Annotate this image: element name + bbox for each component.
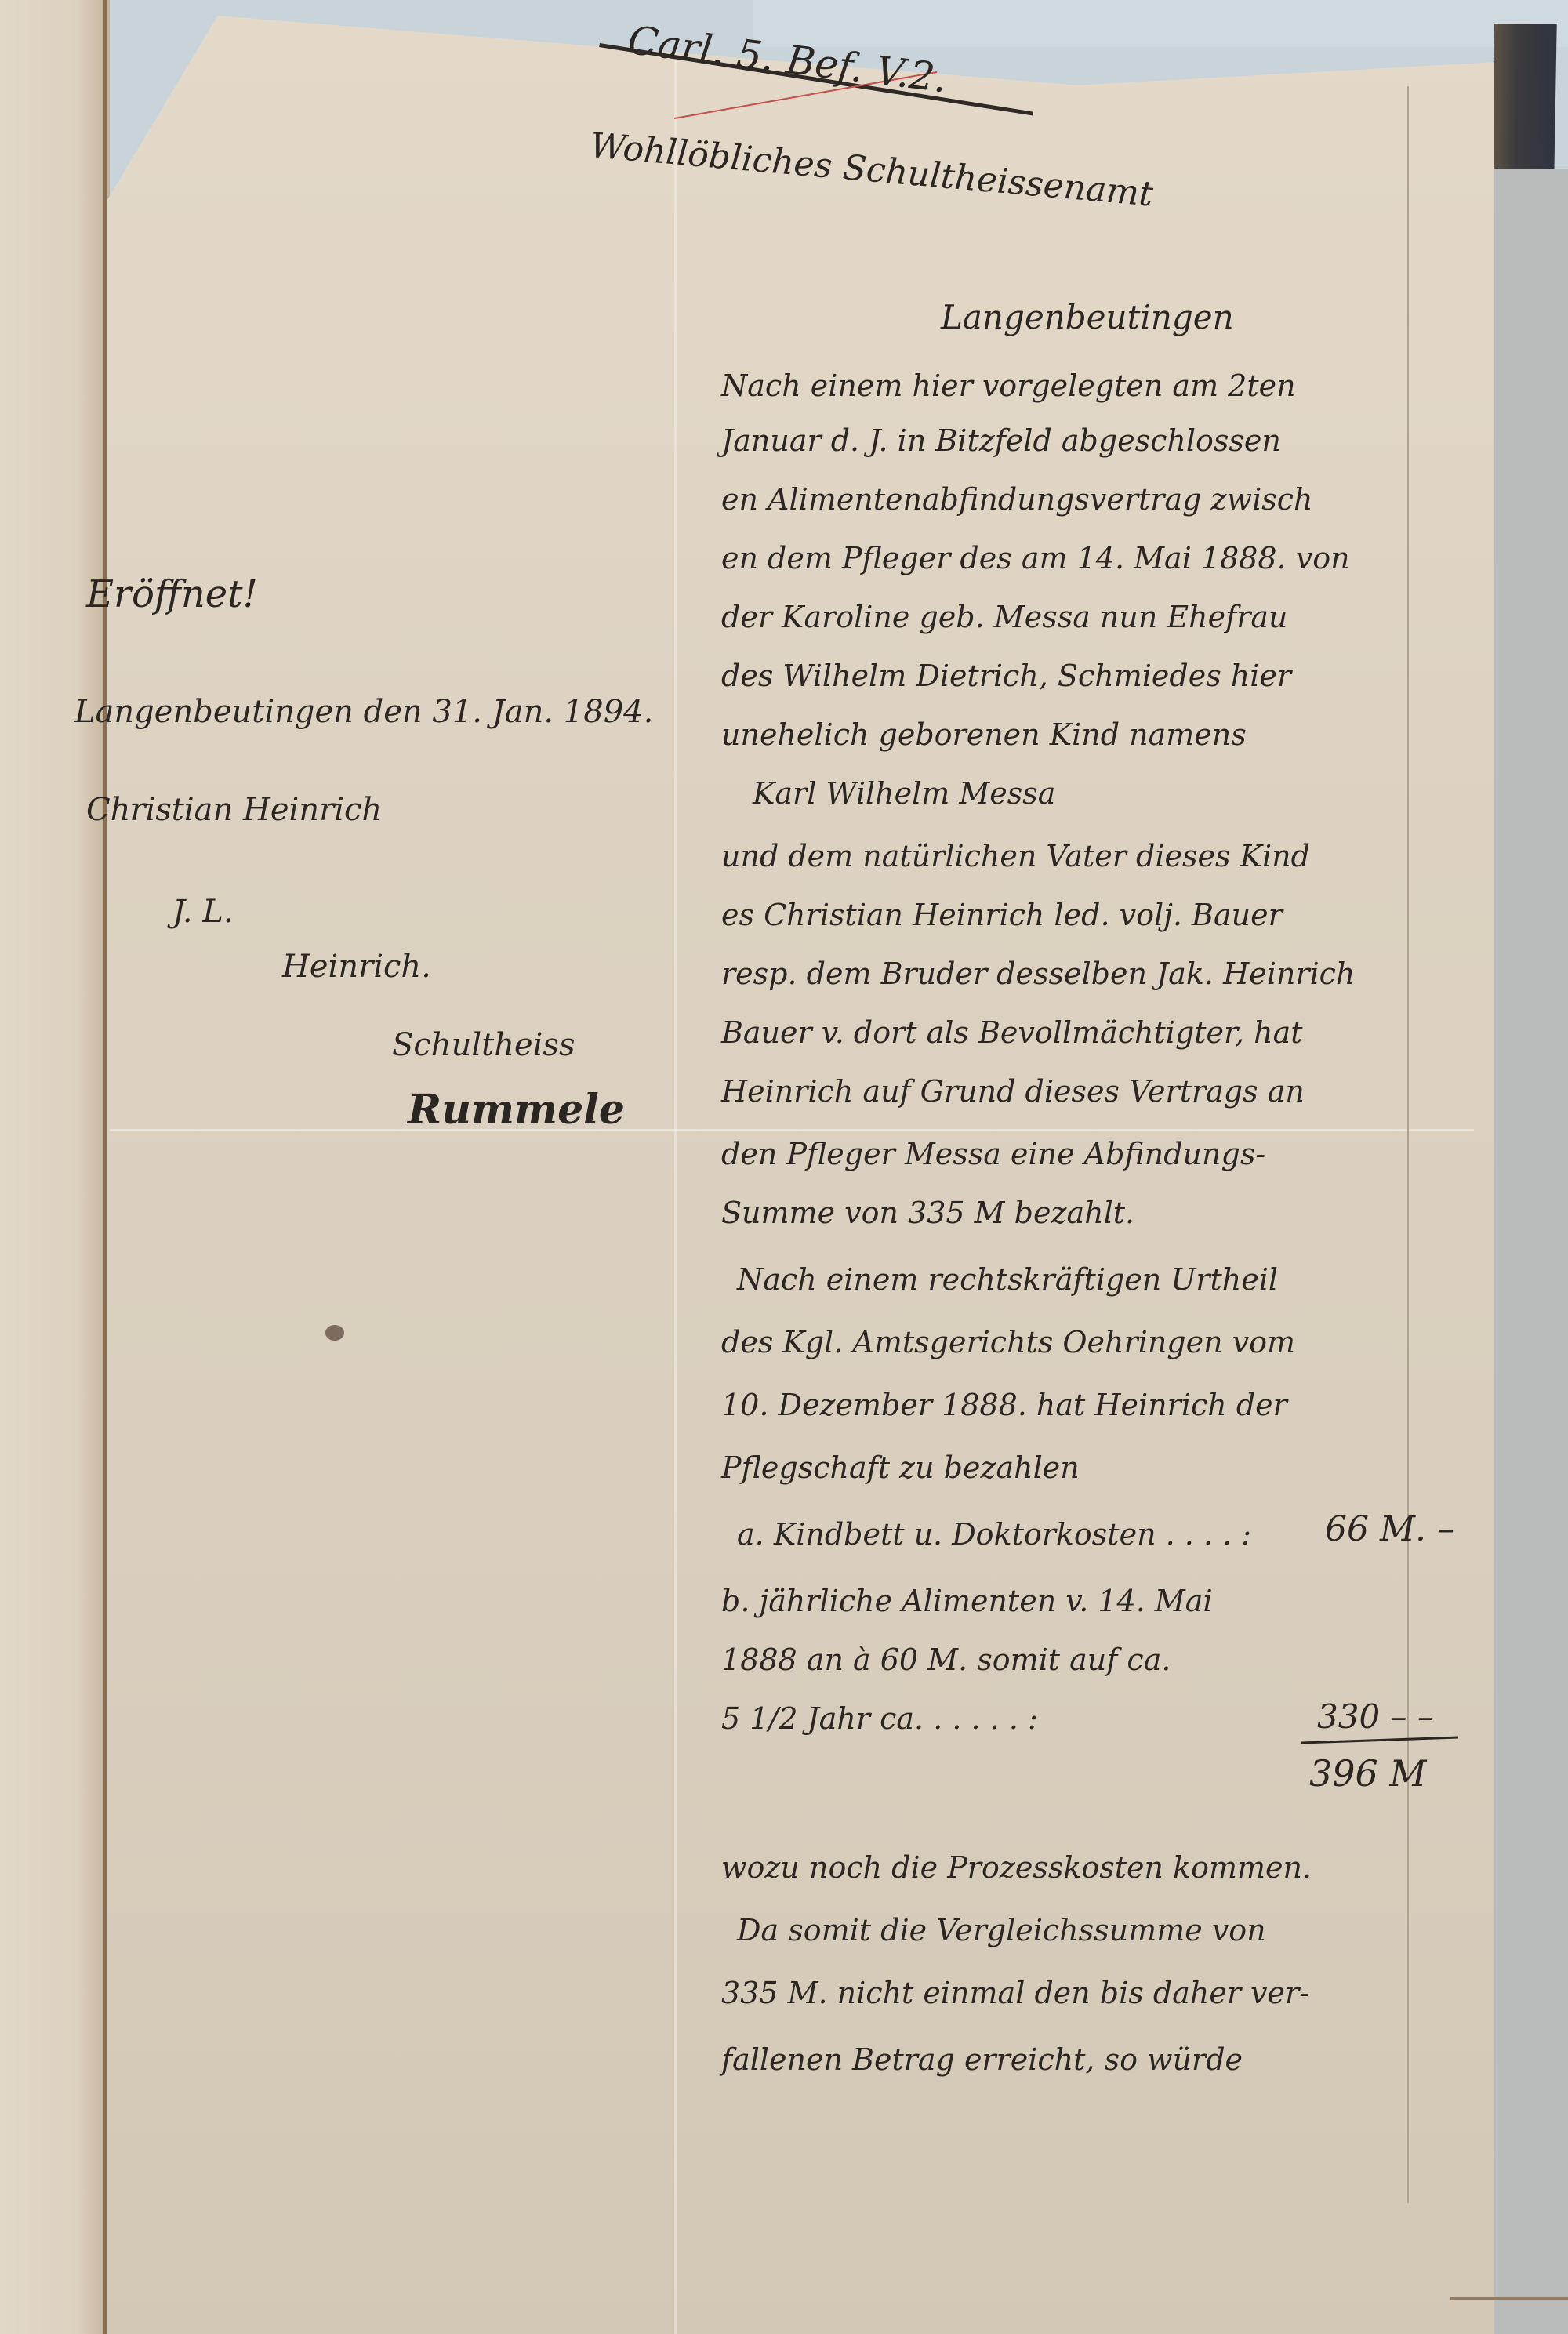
body-line: en dem Pfleger des am 14. Mai 1888. von bbox=[721, 541, 1350, 575]
sheet-edge bbox=[1407, 86, 1409, 2203]
body-line: Summe von 335 M bezahlt. bbox=[721, 1196, 1134, 1230]
body-line: den Pfleger Messa eine Abfindungs- bbox=[721, 1137, 1265, 1171]
body-line: unehelich geborenen Kind namens bbox=[721, 717, 1247, 752]
ink-stain bbox=[325, 1325, 344, 1341]
body-line: des Wilhelm Dietrich, Schmiedes hier bbox=[721, 659, 1291, 693]
cost-item-amount: 330 – – bbox=[1317, 1697, 1434, 1736]
body-line: 10. Dezember 1888. hat Heinrich der bbox=[721, 1388, 1287, 1422]
margin-heading: Eröffnet! bbox=[86, 572, 258, 616]
body-line: Nach einem hier vorgelegten am 2ten bbox=[721, 368, 1296, 403]
body-line: Karl Wilhelm Messa bbox=[753, 776, 1055, 811]
signature: Rummele bbox=[408, 1086, 625, 1134]
fold-line-vertical bbox=[674, 47, 677, 2334]
cost-item-amount: 66 M. – bbox=[1325, 1509, 1454, 1549]
margin-name: Christian Heinrich bbox=[86, 792, 382, 828]
body-line: Nach einem rechtskräftigen Urtheil bbox=[737, 1262, 1278, 1297]
cost-total: 396 M bbox=[1309, 1752, 1427, 1795]
cost-item-label: a. Kindbett u. Doktorkosten . . . . : bbox=[737, 1517, 1251, 1552]
body-line: wozu noch die Prozesskosten kommen. bbox=[721, 1850, 1312, 1885]
cost-item-label: 1888 an à 60 M. somit auf ca. bbox=[721, 1643, 1171, 1677]
body-line: Januar d. J. in Bitzfeld abgeschlossen bbox=[721, 423, 1281, 458]
body-line: und dem natürlichen Vater dieses Kind bbox=[721, 839, 1310, 873]
body-line: der Karoline geb. Messa nun Ehefrau bbox=[721, 600, 1287, 634]
page-gutter bbox=[103, 0, 107, 2334]
background-wall bbox=[753, 0, 1568, 47]
page-bottom-edge bbox=[1450, 2297, 1568, 2300]
body-line: fallenen Betrag erreicht, so würde bbox=[721, 2042, 1243, 2077]
fold-line-horizontal bbox=[110, 1129, 1474, 1131]
margin-date-line: Langenbeutingen den 31. Jan. 1894. bbox=[74, 694, 653, 730]
margin-title: Schultheiss bbox=[392, 1027, 575, 1063]
body-line: 335 M. nicht einmal den bis daher ver- bbox=[721, 1976, 1309, 2010]
body-line: Pflegschaft zu bezahlen bbox=[721, 1450, 1080, 1485]
cost-item-label: b. jährliche Alimenten v. 14. Mai bbox=[721, 1584, 1213, 1618]
body-line: Bauer v. dort als Bevollmächtigter, hat bbox=[721, 1015, 1303, 1050]
body-line: es Christian Heinrich led. volj. Bauer bbox=[721, 898, 1283, 932]
grey-board bbox=[1486, 169, 1568, 2334]
body-line: Da somit die Vergleichssumme von bbox=[737, 1913, 1266, 1947]
place-name: Langenbeutingen bbox=[941, 298, 1234, 336]
body-line: resp. dem Bruder desselben Jak. Heinrich bbox=[721, 956, 1355, 991]
body-line: Heinrich auf Grund dieses Vertrags an bbox=[721, 1074, 1305, 1109]
left-book-page bbox=[0, 0, 110, 2334]
margin-abbrev: J. L. bbox=[172, 894, 234, 930]
cost-item-label: 5 1/2 Jahr ca. . . . . . : bbox=[721, 1701, 1038, 1736]
margin-note-text: Heinrich. bbox=[282, 949, 431, 985]
body-line: des Kgl. Amtsgerichts Oehringen vom bbox=[721, 1325, 1295, 1359]
body-line: en Alimentenabfindungsvertrag zwisch bbox=[721, 482, 1313, 517]
